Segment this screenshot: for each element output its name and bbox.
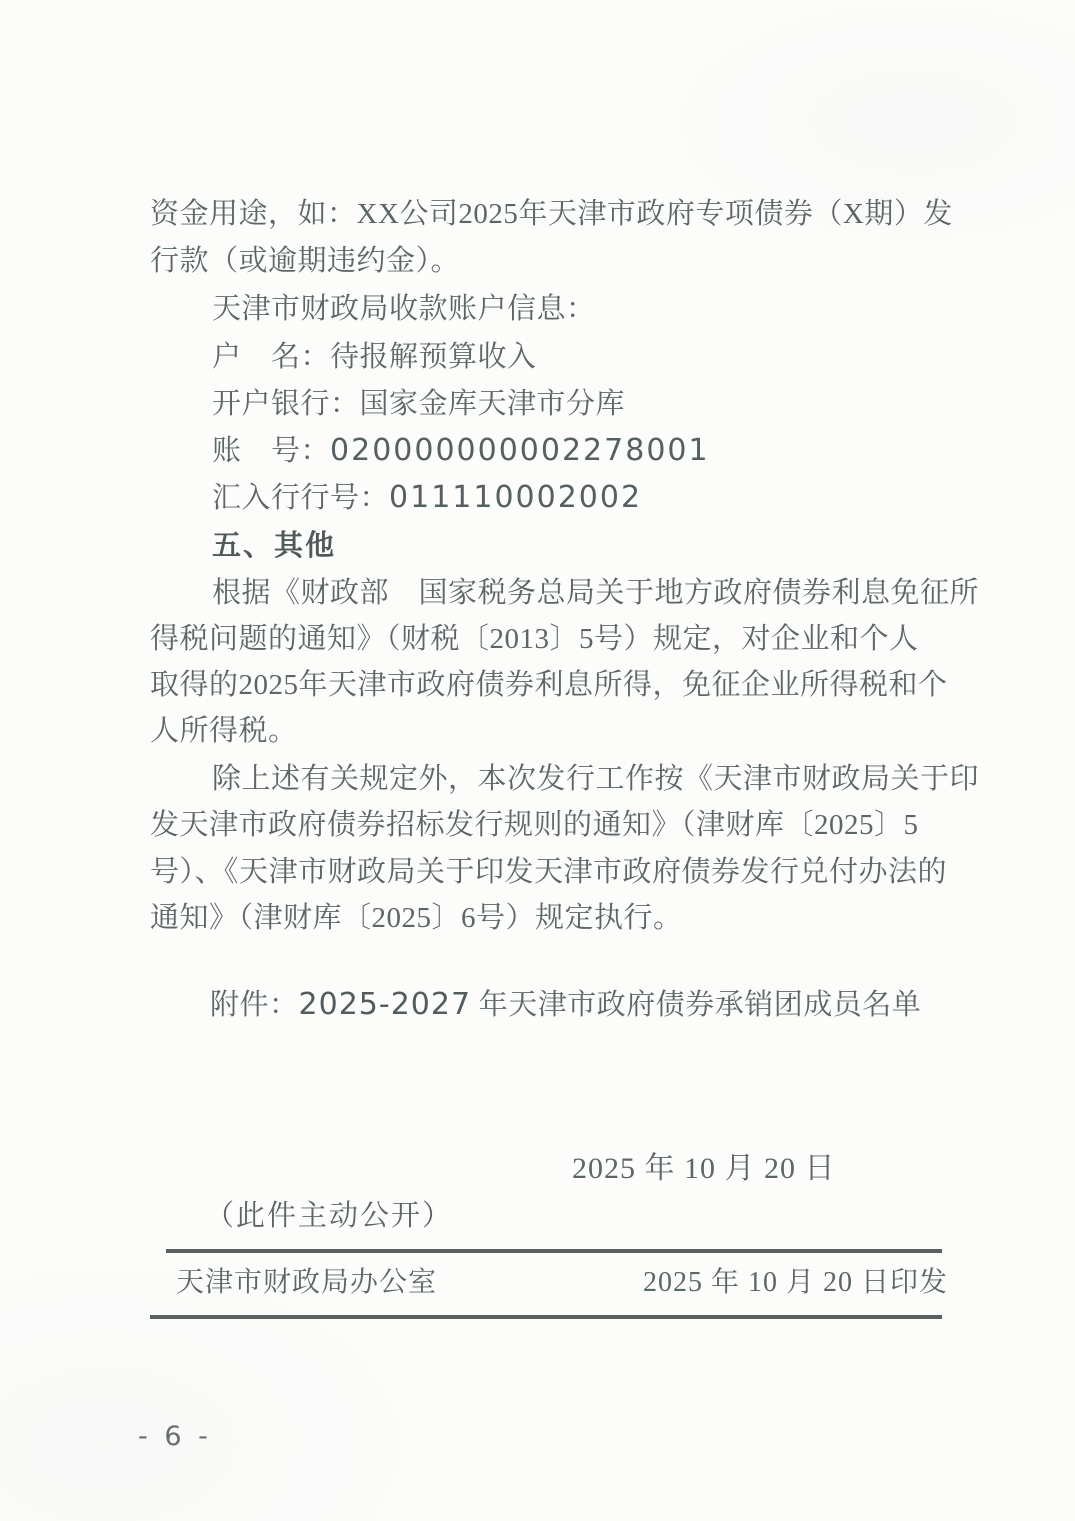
disclosure-note: （此件主动公开）: [205, 1199, 453, 1233]
attachment-year-range: 2025-2027: [299, 987, 472, 1022]
account-holder-label: 户 名：: [212, 341, 330, 373]
fund-use-line-1: 资金用途，如：XX公司2025年天津市政府专项债券（X期）发: [150, 197, 953, 231]
account-holder-line: 户 名：待报解预算收入: [212, 340, 537, 374]
attachment-title: 年天津市政府债券承销团成员名单: [471, 989, 921, 1021]
tax-para-line-2: 得税问题的通知》（财税〔2013〕5号）规定，对企业和个人: [150, 622, 919, 656]
document-page: 资金用途，如：XX公司2025年天津市政府专项债券（X期）发 行款（或逾期违约金…: [0, 0, 1075, 1521]
account-bank-line: 开户银行：国家金库天津市分库: [212, 387, 625, 421]
tax-para-line-4: 人所得税。: [150, 714, 298, 748]
account-info-title: 天津市财政局收款账户信息：: [212, 292, 596, 326]
account-bank-value: 国家金库天津市分库: [360, 388, 626, 420]
account-bank-label: 开户银行：: [212, 388, 360, 420]
account-number-line: 账 号：020000000002278001: [212, 434, 710, 468]
account-number-label: 账 号：: [212, 435, 330, 467]
rules-para-line-4: 通知》（津财库〔2025〕6号）规定执行。: [150, 901, 683, 935]
account-holder-value: 待报解预算收入: [330, 341, 537, 373]
attachment-line: 附件：2025-2027 年天津市政府债券承销团成员名单: [210, 988, 921, 1022]
rules-para-line-2: 发天津市政府债券招标发行规则的通知》（津财库〔2025〕5: [150, 808, 919, 842]
footer-rule-bottom: [150, 1315, 942, 1319]
rules-para-line-1: 除上述有关规定外，本次发行工作按《天津市财政局关于印: [212, 762, 979, 796]
account-number-value: 020000000002278001: [330, 433, 710, 468]
footer-print-date: 2025 年 10 月 20 日印发: [643, 1266, 948, 1300]
tax-para-line-3: 取得的2025年天津市政府债券利息所得，免征企业所得税和个: [150, 668, 948, 702]
fund-use-line-2: 行款（或逾期违约金）。: [150, 244, 460, 278]
footer-rule-top: [166, 1249, 942, 1253]
footer-office: 天津市财政局办公室: [176, 1266, 437, 1300]
tax-para-line-1: 根据《财政部 国家税务总局关于地方政府债券利息免征所: [212, 576, 979, 610]
routing-number-value: 011110002002: [389, 480, 642, 515]
rules-para-line-3: 号）、《天津市财政局关于印发天津市政府债券发行兑付办法的: [150, 855, 947, 889]
issue-date: 2025 年 10 月 20 日: [572, 1152, 836, 1186]
routing-number-label: 汇入行行号：: [212, 482, 389, 514]
attachment-label: 附件：: [210, 989, 299, 1021]
page-number: - 6 -: [138, 1421, 212, 1452]
section-other-heading: 五、其他: [212, 529, 336, 563]
routing-number-line: 汇入行行号：011110002002: [212, 481, 642, 515]
